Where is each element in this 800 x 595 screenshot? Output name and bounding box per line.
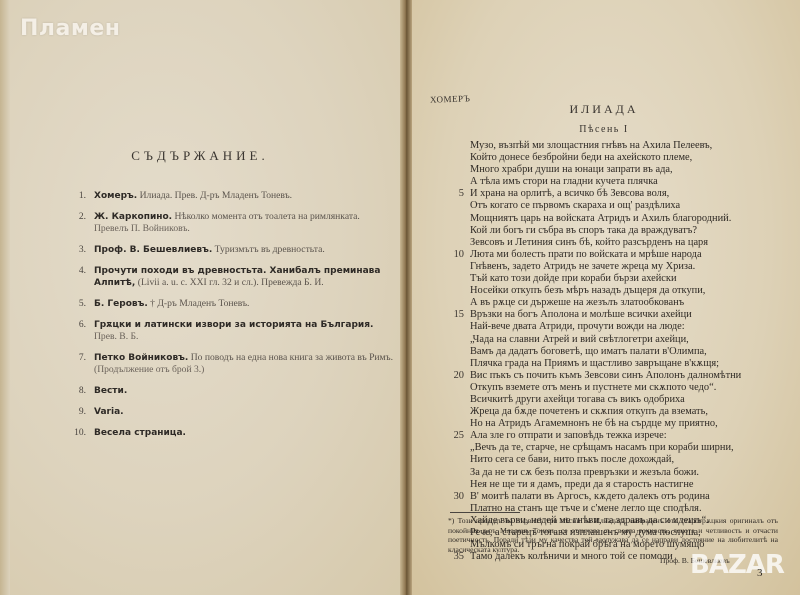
page-number: 3 — [757, 567, 763, 579]
toc-item-number: 10. — [64, 427, 86, 439]
line-text: За да не ти сѫ безъ полза превръзки и же… — [470, 467, 699, 478]
poem-text: Музо, възпѣй ми злощастния гнѣвъ на Ахил… — [448, 140, 788, 563]
line-text: А въ рѫце си държеше на жезълъ златообко… — [470, 297, 684, 308]
toc-item: 3.Проф. В. Бешевлиевъ. Туризмътъ въ древ… — [64, 244, 394, 256]
left-page: Пламен СЪДЪРЖАНИЕ. 1.Хомеръ. Илиада. Пре… — [0, 0, 405, 595]
toc-item-number: 4. — [64, 265, 86, 277]
toc-item-author: Varia. — [94, 407, 124, 417]
line-text: В' моитѣ палати въ Аргосъ, кѫдето далекъ… — [470, 491, 710, 502]
poem-line: Най-вече двата Атриди, прочути вожди на … — [448, 321, 788, 333]
toc-item-author: Грѫцки и латински извори за историята на… — [94, 320, 373, 330]
line-text: Музо, възпѣй ми злощастния гнѣвъ на Ахил… — [470, 140, 712, 151]
toc-item: 10.Весела страница. — [64, 427, 394, 439]
poem-line: Нито сега се бави, нито пъкъ после дохож… — [448, 454, 788, 466]
poem-line: Но на Атридъ Агамемнонъ не бѣ на сърдце … — [448, 418, 788, 430]
line-text: „Вечъ да те, старче, не срѣщамъ насамъ п… — [470, 442, 734, 453]
line-text: Но на Атридъ Агамемнонъ не бѣ на сърдце … — [470, 418, 718, 429]
toc-item-number: 5. — [64, 298, 86, 310]
toc-item: 8.Вести. — [64, 385, 394, 397]
line-text: Плячка града на Приямъ и щастливо завръщ… — [470, 358, 719, 369]
line-text: „Чада на славни Атрей и вий свѣтлогетри … — [470, 334, 689, 345]
toc-item-number: 9. — [64, 406, 86, 418]
toc-item-description: Нѣколко момента отъ тоалета на римлянкат… — [174, 211, 359, 222]
toc-item: 1.Хомеръ. Илиада. Прев. Д-ръ Младенъ Тон… — [64, 190, 394, 202]
line-text: Зевсовъ и Летиния синъ бѣ, който разсърд… — [470, 237, 708, 248]
line-text: Всичкитѣ други ахейци тогава съ викъ одо… — [470, 394, 685, 405]
line-text: Много храбри души на юнаци запрати въ ад… — [470, 164, 673, 175]
toc-item-subtitle: Превелъ П. Войниковъ. — [94, 223, 190, 234]
line-text: Най-вече двата Атриди, прочути вожди на … — [470, 321, 685, 332]
poem-line: 10Люта ми болесть прати по войската и мр… — [448, 249, 788, 261]
toc-item-author: Б. Геровъ. — [94, 299, 148, 309]
toc-item-author: Ж. Каркопино. — [94, 212, 172, 222]
toc-item: 2.Ж. Каркопино. Нѣколко момента отъ тоал… — [64, 211, 394, 235]
toc-item-number: 6. — [64, 319, 86, 331]
poem-line: Музо, възпѣй ми злощастния гнѣвъ на Ахил… — [448, 140, 788, 152]
poem-line: 30В' моитѣ палати въ Аргосъ, кѫдето дале… — [448, 491, 788, 503]
book-spread: Пламен СЪДЪРЖАНИЕ. 1.Хомеръ. Илиада. Пре… — [0, 0, 800, 595]
toc-title: СЪДЪРЖАНИЕ. — [0, 148, 400, 164]
toc-item-description: По поводъ на една нова книга за живота в… — [191, 352, 393, 363]
line-text: Люта ми болесть прати по войската и мрѣш… — [470, 249, 702, 260]
poem-line: Всичкитѣ други ахейци тогава съ викъ одо… — [448, 394, 788, 406]
site-watermark: BAZAR — [690, 550, 784, 580]
toc-item: 4.Прочути походи въ древностьта. Ханибал… — [64, 265, 394, 289]
line-number: 15 — [448, 309, 464, 321]
toc-item-author: Проф. В. Бешевлиевъ. — [94, 245, 212, 255]
toc-item-subtitle: Прев. В. Б. — [94, 331, 138, 342]
line-text: А тѣла имъ стори на гладни кучета плячка — [470, 176, 658, 187]
line-text: Кой ли богъ ги събра въ споръ така да вр… — [470, 225, 697, 236]
poem-line: „Вечъ да те, старче, не срѣщамъ насамъ п… — [448, 442, 788, 454]
toc-item-description: † Д-ръ Младенъ Тоневъ. — [150, 298, 249, 309]
toc-item-description: (Livii a. u. c. XXI гл. 32 и сл.). Преве… — [138, 277, 324, 288]
poem-line: 15Връзки на богъ Аполона и молѣше всички… — [448, 309, 788, 321]
line-text: Отъ когато се първомъ скараха и ощ' разд… — [470, 200, 680, 211]
line-number: 25 — [448, 430, 464, 442]
poem-line: 25Ала зле го отпрати и заповѣдь тежка из… — [448, 430, 788, 442]
poem-line: Плячка града на Приямъ и щастливо завръщ… — [448, 358, 788, 370]
poem-line: Зевсовъ и Летиния синъ бѣ, който разсърд… — [448, 237, 788, 249]
poem-title: ИЛИАДА — [408, 102, 800, 117]
song-title: Пѣсень I — [408, 124, 800, 135]
line-text: Гнѣвенъ, задето Атридъ не зачете жреца м… — [470, 261, 695, 272]
footnote-divider — [450, 512, 520, 513]
toc-item-number: 1. — [64, 190, 86, 202]
line-number: 10 — [448, 249, 464, 261]
toc-item-number: 7. — [64, 352, 86, 364]
line-text: Връзки на богъ Аполона и молѣше всички а… — [470, 309, 692, 320]
poem-line: Който донесе безбройни беди на ахейското… — [448, 152, 788, 164]
poem-line: Вамъ да дадатъ боговетѣ, що иматъ палати… — [448, 346, 788, 358]
toc-item-author: Весела страница. — [94, 428, 186, 438]
line-text: Ала зле го отпрати и заповѣдь тежка изре… — [470, 430, 667, 441]
line-text: И храна на орлитѣ, а всичко бѣ Зевсова в… — [470, 188, 669, 199]
poem-line: Много храбри души на юнаци запрати въ ад… — [448, 164, 788, 176]
poem-line: Нея не ще ти я дамъ, преди да я старость… — [448, 479, 788, 491]
line-text: Който донесе безбройни беди на ахейското… — [470, 152, 692, 163]
poem-line: Жреца да бѫде почетенъ и скѫпия откупъ д… — [448, 406, 788, 418]
poem-line: Носейки откупъ безъ мѣръ назадъ дъщеря д… — [448, 285, 788, 297]
line-number: 30 — [448, 491, 464, 503]
toc-item: 6.Грѫцки и латински извори за историята … — [64, 319, 394, 343]
line-text: Тъй като този дойде при кораби бързи ахе… — [470, 273, 677, 284]
toc-item-number: 2. — [64, 211, 86, 223]
poem-line: 20Вис пъкъ съ почить къмъ Зевсови синъ А… — [448, 370, 788, 382]
footnote: *) Този преводъ на първитѣ три пѣсни на … — [448, 516, 778, 554]
poem-line: 5И храна на орлитѣ, а всичко бѣ Зевсова … — [448, 188, 788, 200]
toc-item-author: Хомеръ. — [94, 191, 137, 201]
line-text: Вамъ да дадатъ боговетѣ, що иматъ палати… — [470, 346, 707, 357]
line-text: Нея не ще ти я дамъ, преди да я старость… — [470, 479, 694, 490]
toc-item-author: Вести. — [94, 386, 127, 396]
poem-line: Гнѣвенъ, задето Атридъ не зачете жреца м… — [448, 261, 788, 273]
toc-item: 7.Петко Войниковъ. По поводъ на една нов… — [64, 352, 394, 376]
poem-line: Тъй като този дойде при кораби бързи ахе… — [448, 273, 788, 285]
toc-item-author: Петко Войниковъ. — [94, 353, 188, 363]
seller-watermark: Пламен — [20, 16, 120, 41]
line-text: Откупъ вземете отъ менъ и пустнете ми ск… — [470, 382, 716, 393]
line-text: Мощниятъ царь на войската Атридъ и Ахилъ… — [470, 213, 731, 224]
line-text: Нито сега се бави, нито пъкъ после дохож… — [470, 454, 674, 465]
poem-line: За да не ти сѫ безъ полза превръзки и же… — [448, 467, 788, 479]
poem-line: А въ рѫце си държеше на жезълъ златообко… — [448, 297, 788, 309]
line-text: Жреца да бѫде почетенъ и скѫпия откупъ д… — [470, 406, 708, 417]
toc-item-number: 3. — [64, 244, 86, 256]
line-number: 20 — [448, 370, 464, 382]
poem-line: Кой ли богъ ги събра въ споръ така да вр… — [448, 225, 788, 237]
poem-line: А тѣла имъ стори на гладни кучета плячка — [448, 176, 788, 188]
line-text: Вис пъкъ съ почить къмъ Зевсови синъ Апо… — [470, 370, 741, 381]
toc-item: 5.Б. Геровъ. † Д-ръ Младенъ Тоневъ. — [64, 298, 394, 310]
poem-line: Платно на станъ ще тъче и с'мене легло щ… — [448, 503, 788, 515]
poem-line: Отъ когато се първомъ скараха и ощ' разд… — [448, 200, 788, 212]
poem-line: Откупъ вземете отъ менъ и пустнете ми ск… — [448, 382, 788, 394]
poem-line: „Чада на славни Атрей и вий свѣтлогетри … — [448, 334, 788, 346]
table-of-contents: 1.Хомеръ. Илиада. Прев. Д-ръ Младенъ Тон… — [64, 190, 394, 448]
line-number: 5 — [448, 188, 464, 200]
poem-line: Мощниятъ царь на войската Атридъ и Ахилъ… — [448, 213, 788, 225]
line-text: Носейки откупъ безъ мѣръ назадъ дъщеря д… — [470, 285, 705, 296]
toc-item-subtitle: (Продължение отъ брой 3.) — [94, 364, 204, 375]
toc-item: 9.Varia. — [64, 406, 394, 418]
book-gutter — [400, 0, 412, 595]
toc-item-number: 8. — [64, 385, 86, 397]
toc-item-description: Илиада. Прев. Д-ръ Младенъ Тоневъ. — [140, 190, 292, 201]
toc-item-description: Туризмътъ въ древностьта. — [215, 244, 325, 255]
